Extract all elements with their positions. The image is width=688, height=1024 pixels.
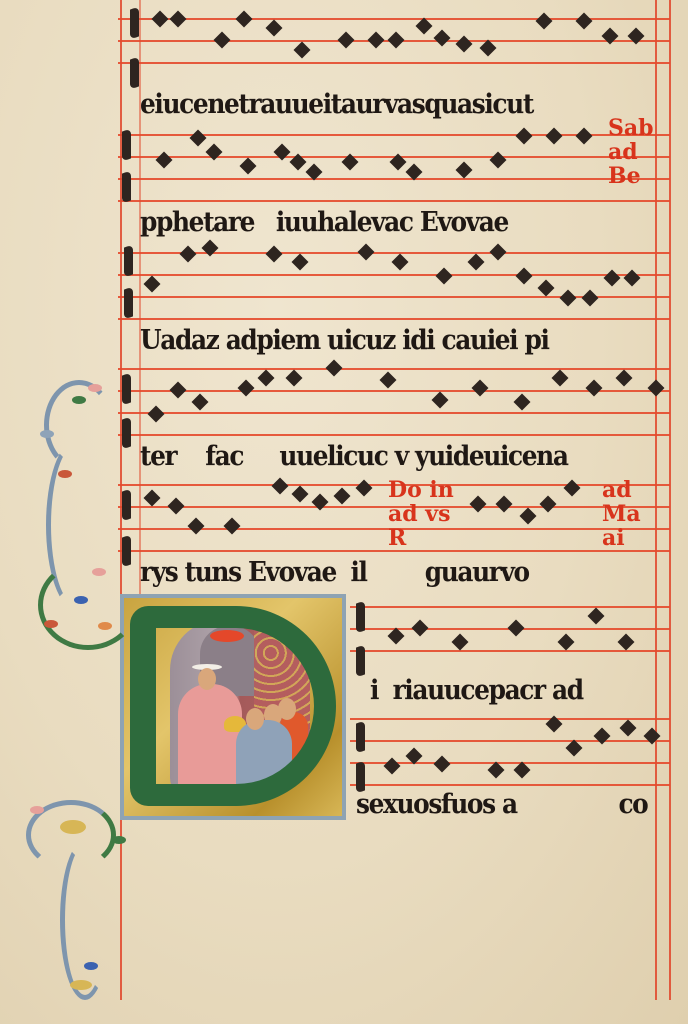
historiated-initial-d — [120, 594, 346, 820]
music-staff-1 — [118, 18, 670, 82]
music-staff-2 — [118, 134, 670, 198]
text-line-1: eiucenetrauueitaurvasquasicut — [140, 88, 618, 122]
initial-letter-d — [130, 606, 336, 806]
music-staff-4 — [118, 368, 670, 432]
rubric-marginal-sab: Sab ad Be — [608, 116, 654, 188]
rubric-dominica-in-adventu: Do in ad vs R — [388, 478, 454, 550]
music-staff-7 — [350, 718, 670, 782]
text-line-2: pphetare iuuhalevac Evovae — [140, 206, 618, 240]
music-staff-3 — [118, 252, 670, 316]
manuscript-page: eiucenetrauueitaurvasquasicut Sab ad Be … — [0, 0, 688, 1024]
text-line-3: Uadaz adpiem uicuz idi cauiei pi — [140, 324, 618, 358]
music-staff-6 — [350, 606, 670, 670]
text-line-5: rys tuns Evovae il guaurvo — [140, 556, 618, 590]
text-line-6: i riauucepacr ad — [370, 674, 637, 708]
text-line-4: ter fac uuelicuc v yuideuicena — [140, 440, 618, 474]
rubric-marginal-ad-ma: ad Ma ai — [602, 478, 641, 550]
text-line-7: sexuosfuos a co — [356, 788, 632, 822]
